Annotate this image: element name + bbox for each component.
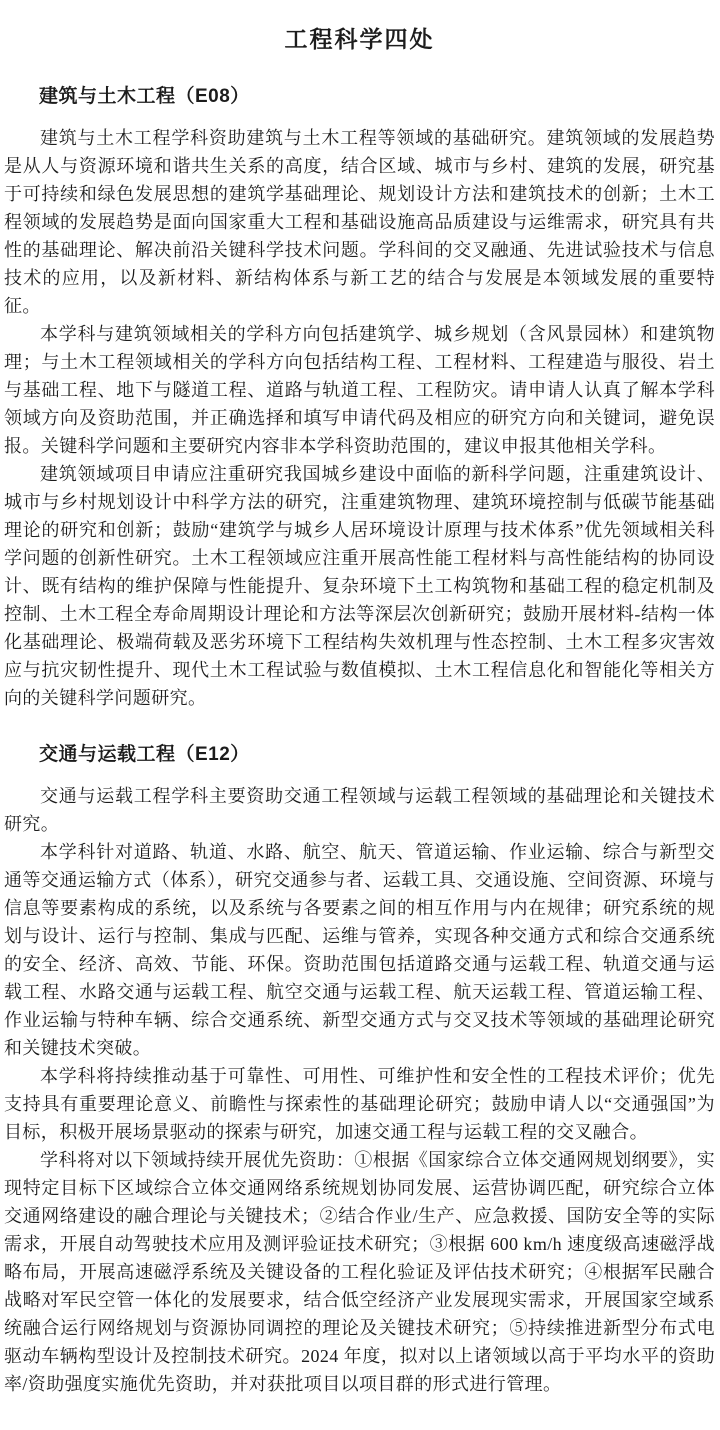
document-page: 工程科学四处 建筑与土木工程（E08） 建筑与土木工程学科资助建筑与土木工程等领… [0, 0, 720, 1430]
paragraph-e12-overview: 交通与运载工程学科主要资助交通工程领域与运载工程领域的基础理论和关键技术研究。 [4, 782, 715, 838]
section-heading-e08: 建筑与土木工程（E08） [4, 85, 715, 109]
paragraph-e08-overview: 建筑与土木工程学科资助建筑与土木工程等领域的基础研究。建筑领域的发展趋势是从人与… [4, 124, 715, 320]
paragraph-e08-directions: 本学科与建筑领域相关的学科方向包括建筑学、城乡规划（含风景园林）和建筑物理；与土… [4, 320, 715, 460]
section-heading-e12: 交通与运载工程（E12） [4, 743, 715, 767]
section-transportation-engineering: 交通与运载工程（E12） 交通与运载工程学科主要资助交通工程领域与运载工程领域的… [4, 743, 715, 1398]
paragraph-e12-priority-funding: 学科将对以下领域持续开展优先资助：①根据《国家综合立体交通网规划纲要》，实现特定… [4, 1146, 715, 1398]
paragraph-e08-priorities: 建筑领域项目申请应注重研究我国城乡建设中面临的新科学问题，注重建筑设计、城市与乡… [4, 460, 715, 712]
paragraph-e12-scope: 本学科针对道路、轨道、水路、航空、航天、管道运输、作业运输、综合与新型交通等交通… [4, 838, 715, 1062]
page-title: 工程科学四处 [4, 24, 715, 54]
paragraph-e12-evaluation: 本学科将持续推动基于可靠性、可用性、可维护性和安全性的工程技术评价；优先支持具有… [4, 1062, 715, 1146]
section-construction-civil-engineering: 建筑与土木工程（E08） 建筑与土木工程学科资助建筑与土木工程等领域的基础研究。… [4, 85, 715, 712]
